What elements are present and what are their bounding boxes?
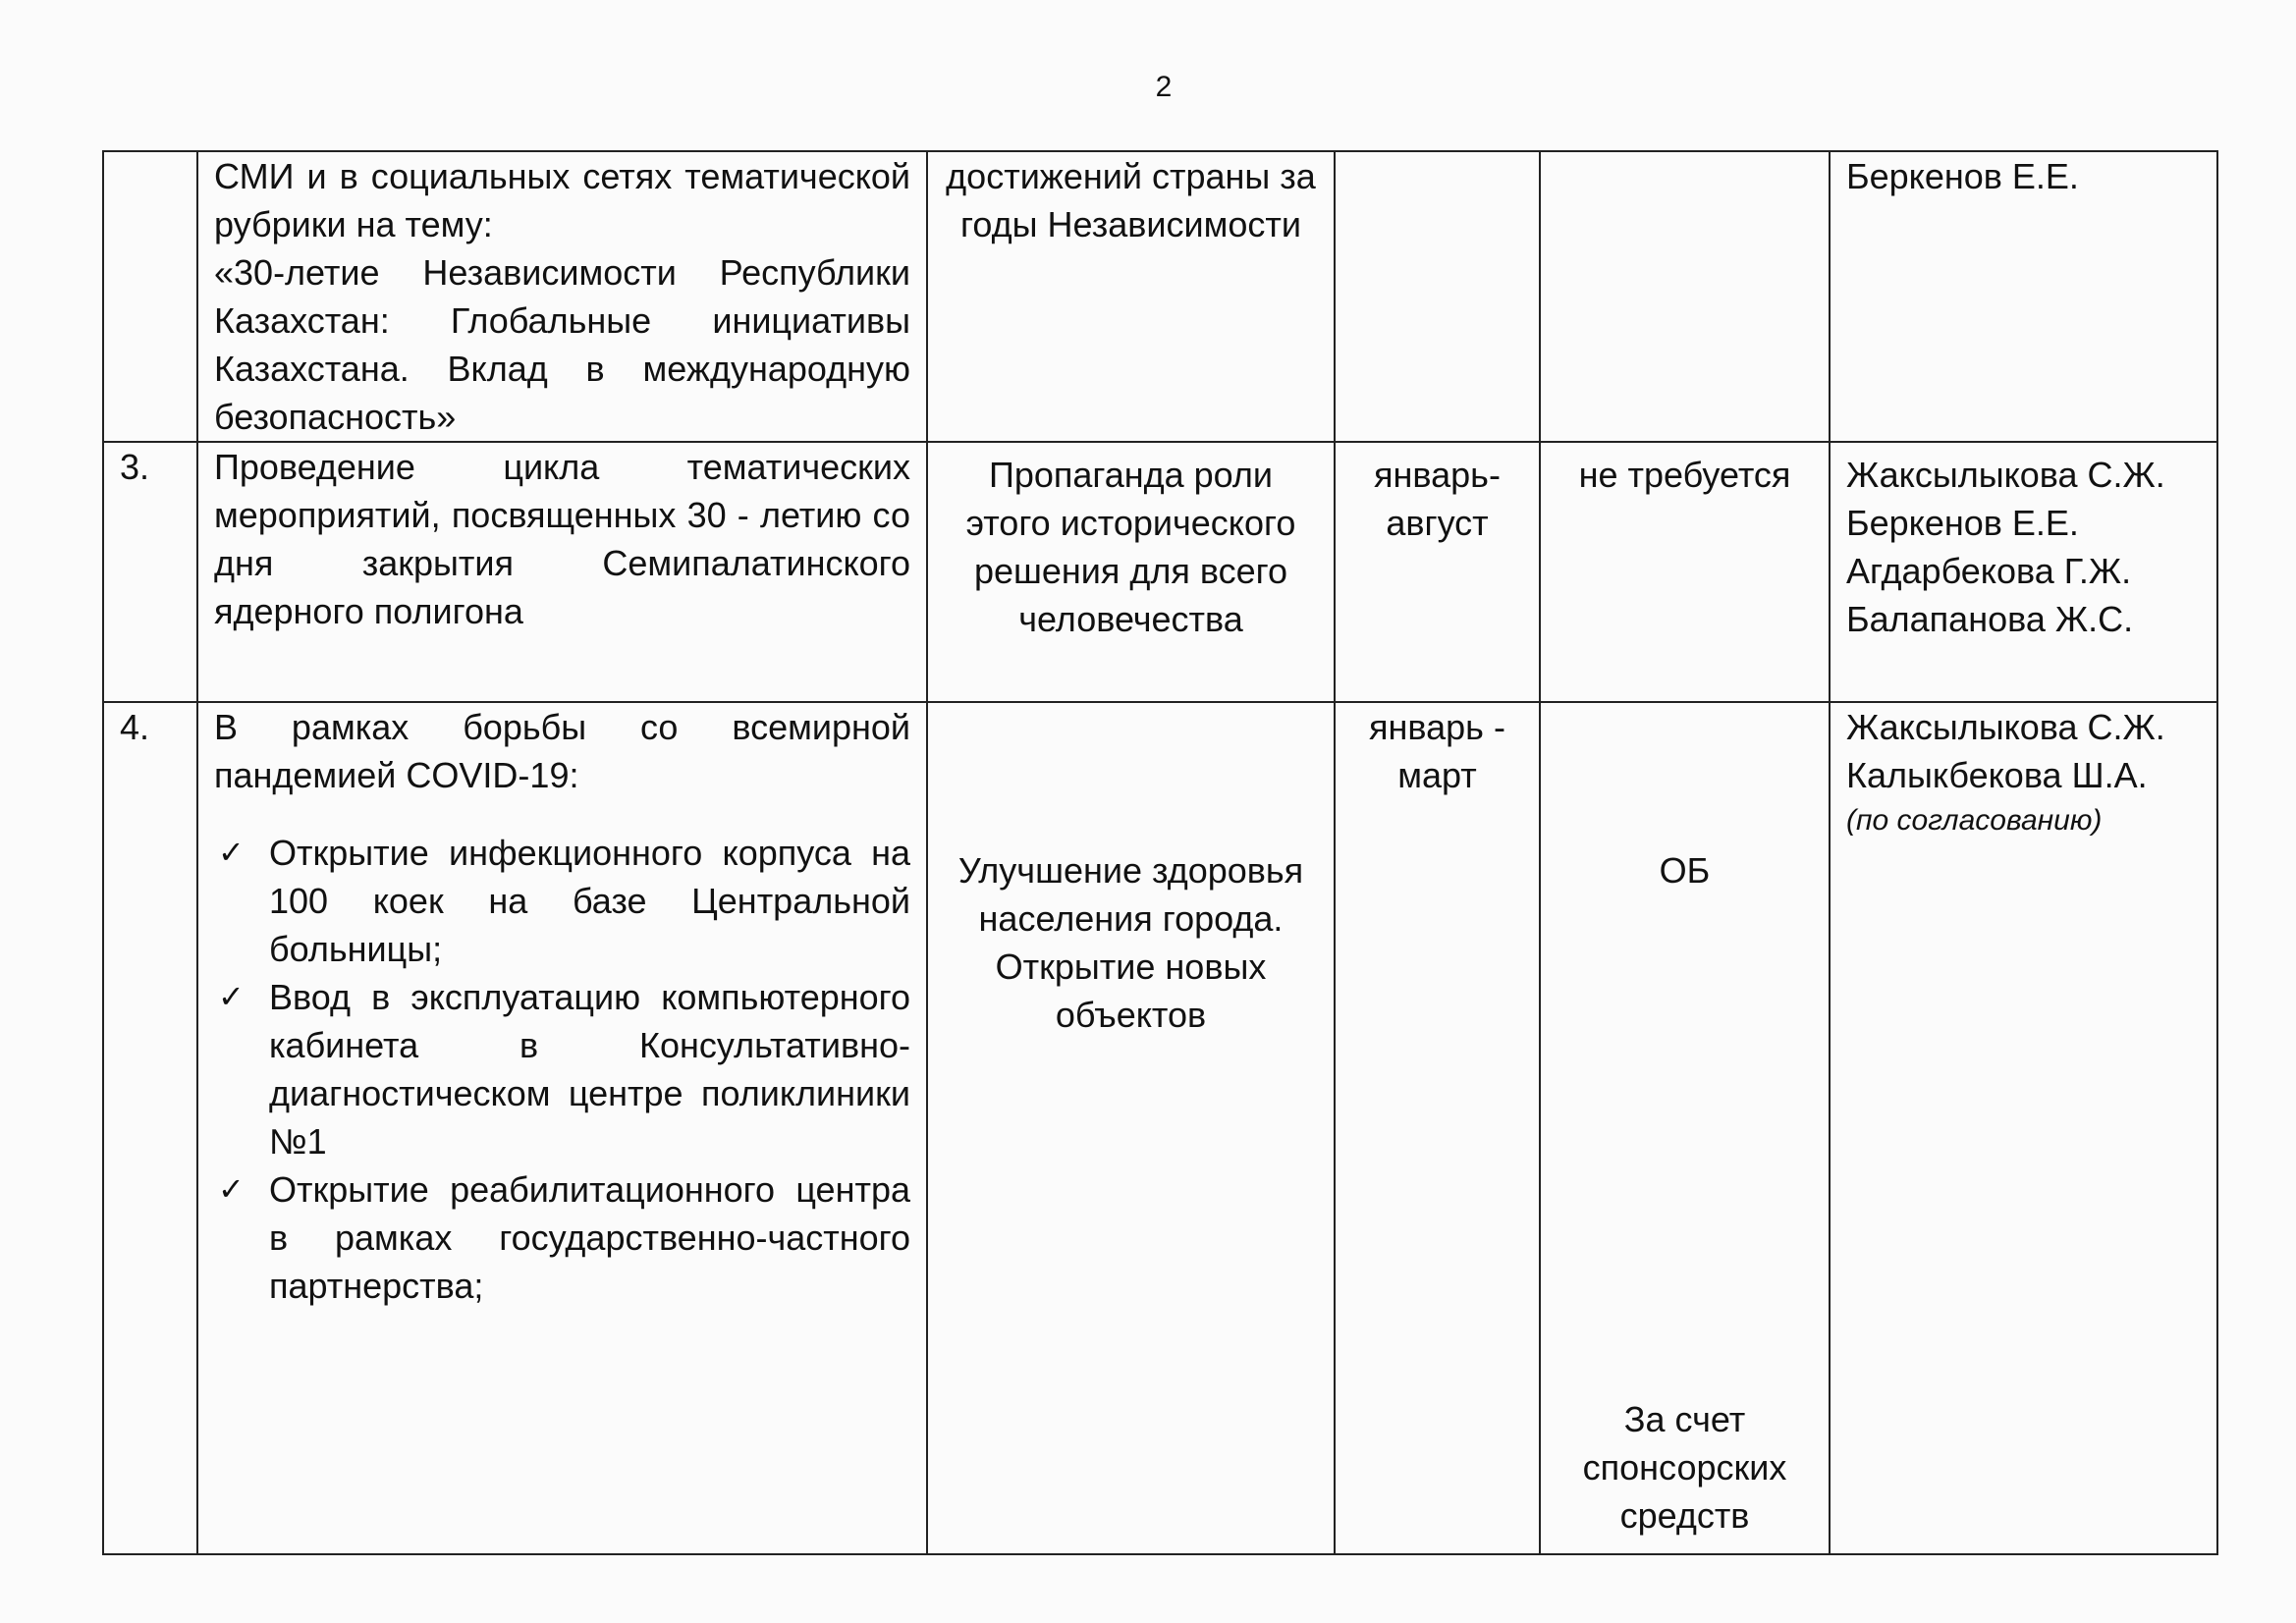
event-intro: В рамках борьбы со всемирной пандемией C…: [214, 703, 910, 799]
responsible-person: Балапанова Ж.С.: [1846, 595, 2201, 643]
event-funding: ОБ За счет спонсорских средств: [1540, 702, 1830, 1554]
responsible-person: Беркенов Е.Е.: [1846, 152, 2201, 200]
event-funding: не требуется: [1540, 442, 1830, 702]
responsible-person: Жаксылыкова С.Ж.: [1846, 703, 2201, 751]
event-text-line: СМИ и в социальных сетях тематической ру…: [214, 152, 910, 248]
checkmark-icon: ✓: [218, 829, 245, 877]
event-description: Проведение цикла тематических мероприяти…: [197, 442, 927, 702]
page-number: 2: [1139, 71, 1188, 104]
plan-table: СМИ и в социальных сетях тематической ру…: [102, 150, 2218, 1555]
event-text-line: «30-летие Независимости Республики Казах…: [214, 248, 910, 441]
event-description: В рамках борьбы со всемирной пандемией C…: [197, 702, 927, 1554]
event-responsible: Беркенов Е.Е.: [1830, 151, 2217, 442]
table-row: 4. В рамках борьбы со всемирной пандемие…: [103, 702, 2217, 1554]
list-item: ✓ Открытие инфекционного корпуса на 100 …: [269, 829, 910, 973]
funding-secondary: За счет спонсорских средств: [1541, 1395, 1829, 1540]
event-period: [1335, 151, 1540, 442]
event-funding: [1540, 151, 1830, 442]
list-item: ✓ Открытие реабилитационного центра в ра…: [269, 1165, 910, 1310]
event-goal: достижений страны за годы Независимости: [927, 151, 1335, 442]
event-period: январь-август: [1335, 442, 1540, 702]
checkmark-icon: ✓: [218, 1165, 245, 1214]
funding-primary: ОБ: [1541, 846, 1829, 894]
responsible-person: Беркенов Е.Е.: [1846, 499, 2201, 547]
table-row: СМИ и в социальных сетях тематической ру…: [103, 151, 2217, 442]
row-number: [103, 151, 197, 442]
responsible-note: (по согласованию): [1846, 799, 2201, 842]
row-number: 4.: [103, 702, 197, 1554]
event-items-list: ✓ Открытие инфекционного корпуса на 100 …: [214, 829, 910, 1310]
list-item-text: Открытие инфекционного корпуса на 100 ко…: [269, 833, 910, 969]
event-goal: Пропаганда роли этого исторического реше…: [927, 442, 1335, 702]
event-period: январь - март: [1335, 702, 1540, 1554]
event-responsible: Жаксылыкова С.Ж. Беркенов Е.Е. Агдарбеко…: [1830, 442, 2217, 702]
responsible-person: Жаксылыкова С.Ж.: [1846, 451, 2201, 499]
list-item-text: Открытие реабилитационного центра в рамк…: [269, 1169, 910, 1306]
event-goal: Улучшение здоровья населения города. Отк…: [927, 702, 1335, 1554]
table-row: 3. Проведение цикла тематических меропри…: [103, 442, 2217, 702]
list-item-text: Ввод в эксплуатацию компьютерного кабине…: [269, 977, 910, 1162]
responsible-person: Калыкбекова Ш.А.: [1846, 751, 2201, 799]
event-responsible: Жаксылыкова С.Ж. Калыкбекова Ш.А. (по со…: [1830, 702, 2217, 1554]
list-item: ✓ Ввод в эксплуатацию компьютерного каби…: [269, 973, 910, 1165]
event-description: СМИ и в социальных сетях тематической ру…: [197, 151, 927, 442]
row-number: 3.: [103, 442, 197, 702]
checkmark-icon: ✓: [218, 973, 245, 1021]
responsible-person: Агдарбекова Г.Ж.: [1846, 547, 2201, 595]
